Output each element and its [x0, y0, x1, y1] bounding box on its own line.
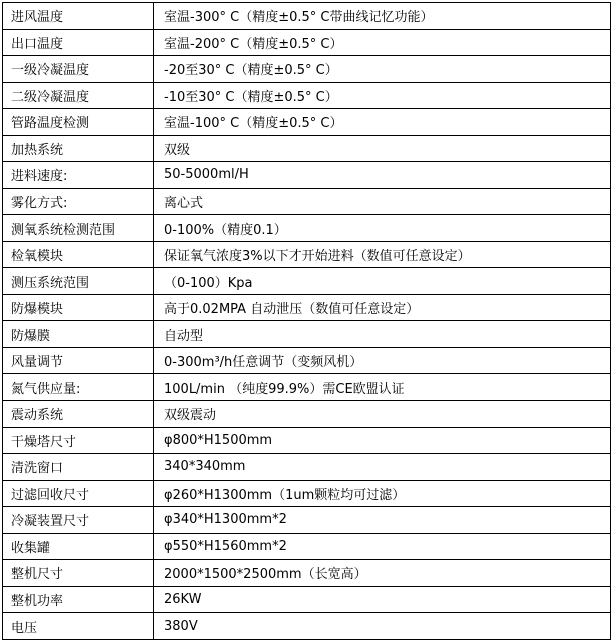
spec-row: 测氧系统检测范围 0-100%（精度0.1） [3, 215, 611, 242]
spec-value: 0-100%（精度0.1） [154, 215, 611, 242]
spec-row: 出口温度 室温-200° C（精度±0.5° C） [3, 29, 611, 56]
spec-label: 进风温度 [3, 3, 154, 30]
spec-row: 震动系统 双级震动 [3, 400, 611, 427]
spec-label: 二级冷凝温度 [3, 82, 154, 109]
spec-value: 双级震动 [154, 400, 611, 427]
spec-value: 100L/min （纯度99.9%）需CE欧盟认证 [154, 374, 611, 401]
spec-row: 清洗窗口 340*340mm [3, 454, 611, 481]
spec-label: 清洗窗口 [3, 454, 154, 481]
spec-row: 雾化方式: 离心式 [3, 188, 611, 215]
spec-value: 自动型 [154, 321, 611, 348]
spec-row: 电压 380V [3, 613, 611, 640]
spec-label: 冷凝装置尺寸 [3, 507, 154, 534]
spec-value: 室温-100° C（精度±0.5° C） [154, 109, 611, 136]
spec-label: 收集罐 [3, 533, 154, 560]
spec-row: 收集罐 φ550*H1560mm*2 [3, 533, 611, 560]
spec-row: 进风温度 室温-300° C（精度±0.5° C带曲线记忆功能） [3, 3, 611, 30]
spec-value: 室温-300° C（精度±0.5° C带曲线记忆功能） [154, 3, 611, 30]
spec-value: 340*340mm [154, 454, 611, 481]
spec-value: 50-5000ml/H [154, 162, 611, 189]
spec-row: 风量调节 0-300m³/h任意调节（变频风机） [3, 347, 611, 374]
spec-row: 防爆模块 高于0.02MPA 自动泄压（数值可任意设定） [3, 294, 611, 321]
spec-row: 管路温度检测 室温-100° C（精度±0.5° C） [3, 109, 611, 136]
spec-value: 室温-200° C（精度±0.5° C） [154, 29, 611, 56]
spec-label: 震动系统 [3, 400, 154, 427]
spec-value: 0-300m³/h任意调节（变频风机） [154, 347, 611, 374]
spec-value: 2000*1500*2500mm（长宽高） [154, 560, 611, 587]
spec-row: 二级冷凝温度 -10至30° C（精度±0.5° C） [3, 82, 611, 109]
spec-label: 进料速度: [3, 162, 154, 189]
spec-label: 干燥塔尺寸 [3, 427, 154, 454]
spec-label: 防爆模块 [3, 294, 154, 321]
spec-row: 过滤回收尺寸 φ260*H1300mm（1um颗粒均可过滤） [3, 480, 611, 507]
spec-value: 保证氧气浓度3%以下才开始进料（数值可任意设定） [154, 241, 611, 268]
spec-label: 整机尺寸 [3, 560, 154, 587]
spec-value: 离心式 [154, 188, 611, 215]
spec-value: 双级 [154, 135, 611, 162]
spec-label: 测氧系统检测范围 [3, 215, 154, 242]
spec-label: 一级冷凝温度 [3, 56, 154, 83]
spec-row: 氮气供应量: 100L/min （纯度99.9%）需CE欧盟认证 [3, 374, 611, 401]
spec-row: 防爆膜 自动型 [3, 321, 611, 348]
spec-label: 防爆膜 [3, 321, 154, 348]
spec-label: 检氧模块 [3, 241, 154, 268]
spec-value: -10至30° C（精度±0.5° C） [154, 82, 611, 109]
spec-label: 加热系统 [3, 135, 154, 162]
spec-label: 测压系统范围 [3, 268, 154, 295]
spec-row: 测压系统范围 （0-100）Kpa [3, 268, 611, 295]
spec-row: 干燥塔尺寸 φ800*H1500mm [3, 427, 611, 454]
spec-value: 26KW [154, 586, 611, 613]
spec-row: 检氧模块 保证氧气浓度3%以下才开始进料（数值可任意设定） [3, 241, 611, 268]
spec-value: 高于0.02MPA 自动泄压（数值可任意设定） [154, 294, 611, 321]
spec-row: 冷凝装置尺寸 φ340*H1300mm*2 [3, 507, 611, 534]
spec-label: 整机功率 [3, 586, 154, 613]
spec-value: φ260*H1300mm（1um颗粒均可过滤） [154, 480, 611, 507]
spec-value: 380V [154, 613, 611, 640]
spec-label: 风量调节 [3, 347, 154, 374]
spec-label: 管路温度检测 [3, 109, 154, 136]
spec-label: 出口温度 [3, 29, 154, 56]
spec-label: 氮气供应量: [3, 374, 154, 401]
spec-row: 一级冷凝温度 -20至30° C（精度±0.5° C） [3, 56, 611, 83]
spec-row: 进料速度: 50-5000ml/H [3, 162, 611, 189]
spec-value: φ340*H1300mm*2 [154, 507, 611, 534]
spec-row: 整机功率 26KW [3, 586, 611, 613]
spec-value: （0-100）Kpa [154, 268, 611, 295]
spec-label: 过滤回收尺寸 [3, 480, 154, 507]
equipment-spec-table: 进风温度 室温-300° C（精度±0.5° C带曲线记忆功能） 出口温度 室温… [2, 2, 611, 640]
spec-value: φ550*H1560mm*2 [154, 533, 611, 560]
spec-value: -20至30° C（精度±0.5° C） [154, 56, 611, 83]
spec-label: 电压 [3, 613, 154, 640]
spec-row: 加热系统 双级 [3, 135, 611, 162]
spec-value: φ800*H1500mm [154, 427, 611, 454]
spec-label: 雾化方式: [3, 188, 154, 215]
spec-row: 整机尺寸 2000*1500*2500mm（长宽高） [3, 560, 611, 587]
